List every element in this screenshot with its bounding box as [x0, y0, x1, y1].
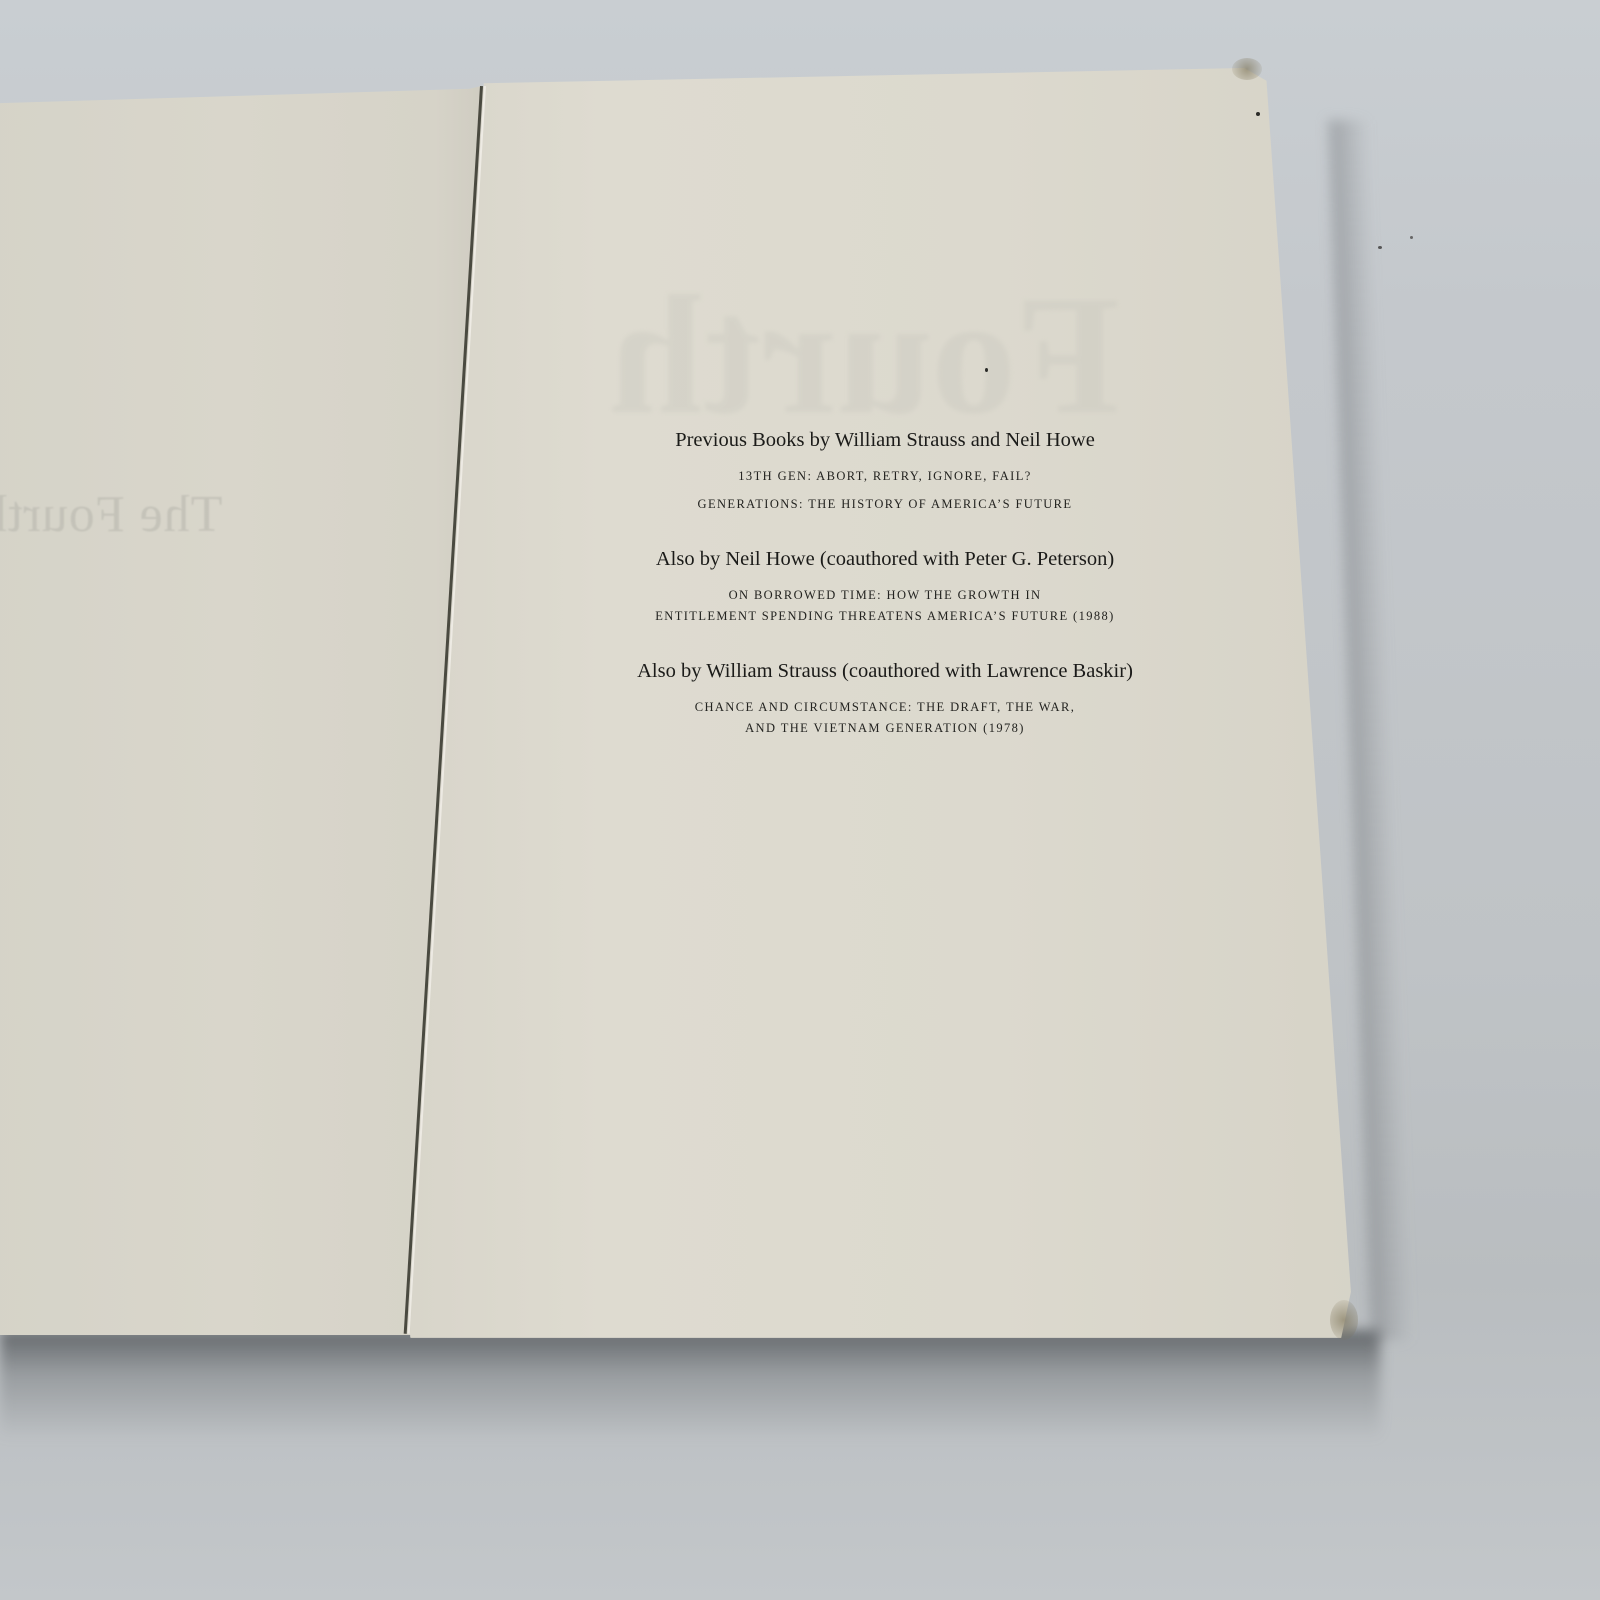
bottom-right-corner-wear [1330, 1300, 1358, 1340]
section-heading: Also by William Strauss (coauthored with… [585, 659, 1185, 685]
left-page-bleed-through-text: The Fourth [0, 485, 223, 544]
section-also-by-william-strauss: Also by William Strauss (coauthored with… [585, 659, 1185, 739]
right-page-bleed-through-text: Fourth [610, 270, 1120, 440]
paper-speck [1256, 112, 1260, 116]
top-right-corner-wear [1232, 58, 1262, 80]
book-title-line: AND THE VIETNAM GENERATION (1978) [585, 718, 1185, 739]
also-by-page-content: Previous Books by William Strauss and Ne… [585, 428, 1185, 739]
book-title: GENERATIONS: THE HISTORY OF AMERICA’S FU… [585, 494, 1185, 515]
book-spine-gutter [398, 86, 488, 1336]
gutter-highlight-line [408, 86, 486, 1334]
book-title-line: ON BORROWED TIME: HOW THE GROWTH IN [585, 585, 1185, 606]
book-shadow [0, 1330, 1380, 1440]
section-heading: Previous Books by William Strauss and Ne… [585, 428, 1185, 454]
book-title: 13TH GEN: ABORT, RETRY, IGNORE, FAIL? [585, 466, 1185, 487]
book-title-line: ENTITLEMENT SPENDING THREATENS AMERICA’S… [585, 606, 1185, 627]
table-speck [1410, 236, 1413, 239]
section-also-by-neil-howe: Also by Neil Howe (coauthored with Peter… [585, 547, 1185, 627]
section-previous-books: Previous Books by William Strauss and Ne… [585, 428, 1185, 515]
section-heading: Also by Neil Howe (coauthored with Peter… [585, 547, 1185, 573]
table-speck [1378, 246, 1382, 249]
book-title-line: CHANCE AND CIRCUMSTANCE: THE DRAFT, THE … [585, 697, 1185, 718]
gutter-shadow-line [404, 86, 483, 1334]
paper-speck [985, 368, 988, 372]
